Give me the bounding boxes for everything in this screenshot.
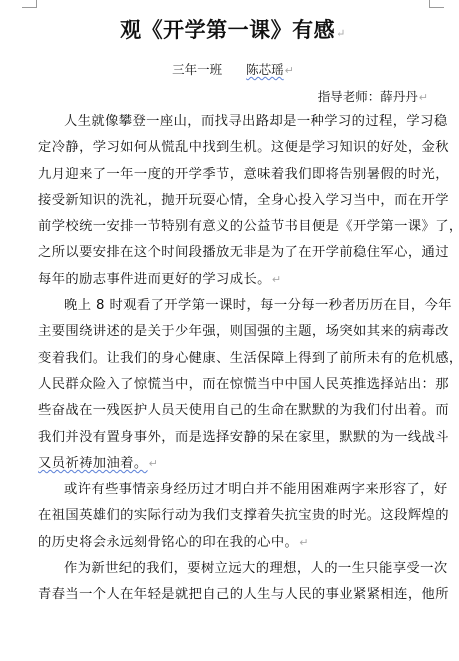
text-line: 我们并没有置身事外，而是选择安静的呆在家里，默默的为一线战斗: [38, 425, 428, 451]
text-segment: 每年的励志事件进而更好的学习成长。: [38, 272, 271, 287]
text-line: 人民群众险入了惊慌当中，而在惊慌当中中国人民英推选择站出：那: [38, 372, 428, 398]
text-line-last: 每年的励志事件进而更好的学习成长。↵: [38, 267, 428, 293]
text-line: 九月迎来了一年一度的开学季节，意味着我们即将告别暑假的时光，: [38, 162, 428, 188]
title-text: 观《开学第一课》有感: [120, 17, 335, 42]
paragraph-1: 人生就像攀登一座山，而找寻出路却是一种学习的过程，学习稳 定冷静，学习如何从慌乱…: [38, 109, 428, 293]
page-corner-mark-top-left: [22, 0, 37, 8]
paragraph-4: 作为新世纪的我们，要树立远大的理想，人的一生只能享受一次 青春当一个人在年轻是就…: [38, 556, 428, 609]
page-corner-mark-top-right: [429, 0, 444, 8]
teacher-line: 指导老师：薛丹丹↵: [318, 87, 428, 105]
text-line: 青春当一个人在年轻是就把自己的人生与人民的事业紧紧相连，他所: [38, 582, 428, 608]
text-line: 变着我们。让我们的身心健康、生活保障上得到了前所未有的危机感，: [38, 346, 428, 372]
paragraph-2: 晚上 8 时观看了开学第一课时，每一分每一秒者历历在目，今年 主要围绕讲述的是关…: [38, 293, 428, 477]
text-line: 晚上 8 时观看了开学第一课时，每一分每一秒者历历在目，今年: [38, 293, 428, 319]
text-line: 主要围绕讲述的是关于少年强，则国强的主题，场突如其来的病毒改: [38, 319, 428, 345]
class-name: 三年一班: [172, 62, 222, 77]
document-body[interactable]: 人生就像攀登一座山，而找寻出路却是一种学习的过程，学习稳 定冷静，学习如何从慌乱…: [38, 109, 428, 609]
paragraph-mark-icon: ↵: [336, 27, 346, 40]
text-line-last: 的历史将会永远刻骨铭心的印在我的心中。↵: [38, 530, 428, 556]
paragraph-mark-icon: ↵: [285, 64, 294, 77]
text-line: 之所以要安排在这个时间段播放无非是为了在开学前稳住军心，通过: [38, 240, 428, 266]
text-line: 作为新世纪的我们，要树立远大的理想，人的一生只能享受一次: [38, 556, 428, 582]
text-line: 前学校统一安排一节特别有意义的公益节书目便是《开学第一课》了，: [38, 214, 428, 240]
paragraph-mark-icon: ↵: [299, 536, 309, 549]
paragraph-mark-icon: ↵: [149, 457, 159, 470]
text-line: 在祖国英雄们的实际行动为我们支撑着失抗宝贵的时光。这段辉煌的: [38, 503, 428, 529]
text-line: 定冷静，学习如何从慌乱中找到生机。这便是学习知识的好处，金秋: [38, 135, 428, 161]
text-line: 或许有些事情亲身经历过才明白并不能用困难两字来形容了，好: [38, 477, 428, 503]
paragraph-mark-icon: ↵: [272, 273, 282, 286]
byline: 三年一班陈芯瑶↵: [38, 60, 428, 78]
text-line-last: 又员祈祷加油着。↵: [38, 451, 428, 477]
author-name: 陈芯瑶: [246, 62, 284, 77]
document-title: 观《开学第一课》有感↵: [38, 14, 428, 44]
text-segment: 又员祈祷加油着。: [38, 456, 148, 471]
paragraph-3: 或许有些事情亲身经历过才明白并不能用困难两字来形容了，好 在祖国英雄们的实际行动…: [38, 477, 428, 556]
teacher-text: 指导老师：薛丹丹: [318, 89, 418, 104]
text-segment: 的历史将会永远刻骨铭心的印在我的心中。: [38, 535, 298, 550]
text-line: 些奋战在一残医护人员天使用自己的生命在默默的为我们付出着。而: [38, 398, 428, 424]
text-line: 人生就像攀登一座山，而找寻出路却是一种学习的过程，学习稳: [38, 109, 428, 135]
paragraph-mark-icon: ↵: [419, 91, 428, 104]
text-line: 接受新知识的洗礼，抛开玩耍心情，全身心投入学习当中，而在开学: [38, 188, 428, 214]
